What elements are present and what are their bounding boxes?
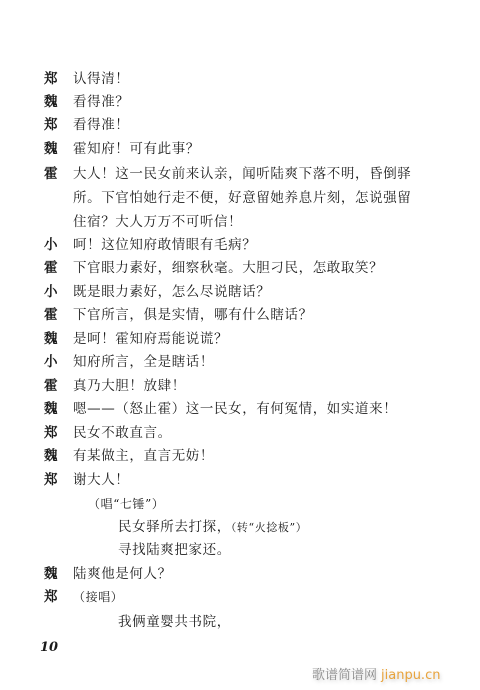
dialogue-text: 大人！这一民女前来认亲，闻听陆爽下落不明，昏倒驿 <box>73 163 411 185</box>
speaker-label: 霍 <box>44 375 64 397</box>
speaker-label: 郑 <box>44 114 64 136</box>
speaker-label: 魏 <box>44 563 64 585</box>
sung-note: （转“火捻板”） <box>231 521 308 534</box>
speaker-label: 霍 <box>44 304 64 326</box>
sung-text: 我俩童婴共书院， <box>118 611 231 633</box>
dialogue-text: 真乃大胆！放肆！ <box>73 375 186 397</box>
speaker-label: 魏 <box>44 445 64 467</box>
dialogue-text: 呵！这位知府敢情眼有毛病？ <box>73 234 256 256</box>
sung-text: 寻找陆爽把家还。 <box>118 539 231 561</box>
speaker-label: 小 <box>44 351 64 373</box>
speaker-label: 魏 <box>44 138 64 160</box>
dialogue-text: 陆爽他是何人？ <box>73 563 172 585</box>
watermark: 歌谱简谱网jianpu.cn <box>312 664 440 683</box>
speaker-label: 郑 <box>44 68 64 90</box>
speaker-label: 魏 <box>44 91 64 113</box>
dialogue-text: 民女不敢直言。 <box>73 422 172 444</box>
dialogue-text: 认得清！ <box>73 68 129 90</box>
sung-lyric: 民女驿所去打探， <box>118 519 231 535</box>
speaker-label: 小 <box>44 281 64 303</box>
speaker-label: 小 <box>44 234 64 256</box>
dialogue-text: 霍知府！可有此事？ <box>73 138 200 160</box>
dialogue-text: 有某做主，直言无妨！ <box>73 445 214 467</box>
speaker-label: 霍 <box>44 163 64 185</box>
speaker-label: 霍 <box>44 257 64 279</box>
sung-text: 民女驿所去打探，（转“火捻板”） <box>118 516 307 539</box>
watermark-site-name: 歌谱简谱网 <box>312 668 377 683</box>
dialogue-text: 既是眼力素好，怎么尽说瞎话？ <box>73 281 270 303</box>
dialogue-text: 下官眼力素好，细察秋毫。大胆刁民，怎敢取笑？ <box>73 257 383 279</box>
dialogue-text: 谢大人！ <box>73 469 129 491</box>
dialogue-text: 嗯——（怒止霍）这一民女，有何冤情，如实道来！ <box>73 398 397 420</box>
dialogue-text: 下官所言，俱是实情，哪有什么瞎话？ <box>73 304 313 326</box>
dialogue-text: 看得准！ <box>73 114 129 136</box>
speaker-label: 魏 <box>44 398 64 420</box>
speaker-label: 魏 <box>44 328 64 350</box>
dialogue-text: 看得准？ <box>73 91 129 113</box>
dialogue-text: 所。下官怕她行走不便，好意留她养息片刻，怎说强留 <box>73 187 411 209</box>
dialogue-text: 住宿？大人万万不可听信！ <box>73 211 242 233</box>
stage-direction-text: （接唱） <box>73 586 123 608</box>
stage-direction-text: （唱“七锤”） <box>88 493 164 515</box>
dialogue-text: 知府所言，全是瞎话！ <box>73 351 214 373</box>
dialogue-text: 是呵！霍知府焉能说谎？ <box>73 328 228 350</box>
speaker-label: 郑 <box>44 469 64 491</box>
page-number: 10 <box>40 640 58 655</box>
speaker-label: 郑 <box>44 422 64 444</box>
speaker-label: 郑 <box>44 586 64 608</box>
script-page: 郑 认得清！ 魏 看得准？ 郑 看得准！ 魏 霍知府！可有此事？ 霍 大人！这一… <box>0 0 480 690</box>
watermark-domain: jianpu.cn <box>381 668 440 683</box>
